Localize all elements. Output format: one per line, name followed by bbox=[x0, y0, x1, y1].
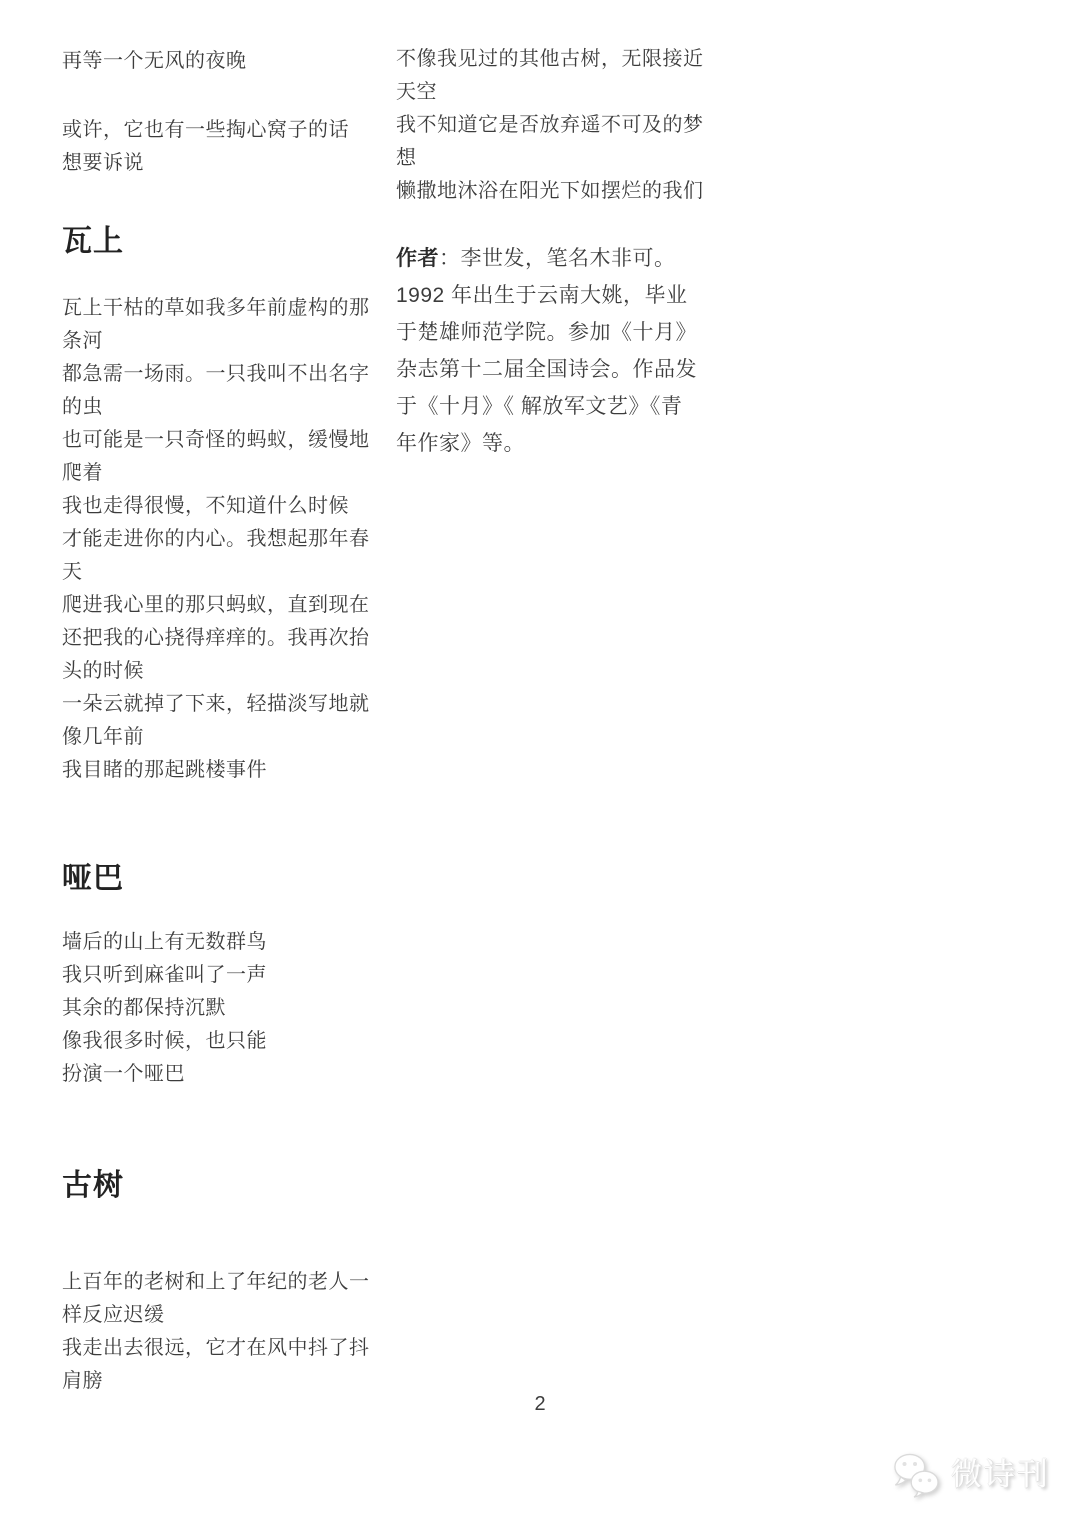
text-line: 像几年前 bbox=[62, 721, 368, 754]
text-line: 我也走得很慢，不知道什么时候 bbox=[62, 490, 368, 523]
text-line: 想 bbox=[396, 142, 702, 175]
text-line: 我不知道它是否放弃遥不可及的梦 bbox=[396, 109, 702, 142]
text-line: 瓦上干枯的草如我多年前虚构的那 bbox=[62, 292, 368, 325]
poem-title: 哑巴 bbox=[62, 859, 368, 899]
watermark: 微诗刊 bbox=[891, 1452, 1050, 1498]
text-line: 于《十月》《 解放军文艺》《青 bbox=[396, 388, 702, 425]
text-line: 我只听到麻雀叫了一声 bbox=[62, 959, 368, 992]
poem-stanza: 再等一个无风的夜晚 bbox=[62, 45, 368, 78]
poem-stanza: 上百年的老树和上了年纪的老人一样反应迟缓我走出去很远，它才在风中抖了抖肩膀 bbox=[62, 1266, 368, 1398]
author-label: 作者 bbox=[396, 247, 439, 270]
poem-stanza: 不像我见过的其他古树，无限接近天空我不知道它是否放弃遥不可及的梦想懒撒地沐浴在阳… bbox=[396, 43, 702, 208]
right-column: 不像我见过的其他古树，无限接近天空我不知道它是否放弃遥不可及的梦想懒撒地沐浴在阳… bbox=[396, 41, 702, 462]
text-line: 像我很多时候，也只能 bbox=[62, 1025, 368, 1058]
text-line: 于楚雄师范学院。参加《十月》 bbox=[396, 314, 702, 351]
poem-stanza: 墙后的山上有无数群鸟我只听到麻雀叫了一声其余的都保持沉默像我很多时候，也只能扮演… bbox=[62, 926, 368, 1091]
text-line: 我走出去很远，它才在风中抖了抖 bbox=[62, 1332, 368, 1365]
page-number: 2 bbox=[0, 1390, 1080, 1418]
poem-stanza: 瓦上干枯的草如我多年前虚构的那条河都急需一场雨。一只我叫不出名字的虫也可能是一只… bbox=[62, 292, 368, 787]
text-line: 天空 bbox=[396, 76, 702, 109]
text-line: 条河 bbox=[62, 325, 368, 358]
text-line: 或许，它也有一些掏心窝子的话 bbox=[62, 114, 368, 147]
text-line: 一朵云就掉了下来，轻描淡写地就 bbox=[62, 688, 368, 721]
text-line: 懒撒地沐浴在阳光下如摆烂的我们 bbox=[396, 175, 702, 208]
wechat-chat-bubbles-icon bbox=[891, 1452, 941, 1498]
left-column: 再等一个无风的夜晚或许，它也有一些掏心窝子的话想要诉说瓦上瓦上干枯的草如我多年前… bbox=[62, 41, 368, 1398]
text-line: 想要诉说 bbox=[62, 147, 368, 180]
text-line: 杂志第十二届全国诗会。作品发 bbox=[396, 351, 702, 388]
text-line: 天 bbox=[62, 556, 368, 589]
text-line: 作者：李世发，笔名木非可。 bbox=[396, 240, 702, 277]
text-line: 再等一个无风的夜晚 bbox=[62, 45, 368, 78]
text-line: 样反应迟缓 bbox=[62, 1299, 368, 1332]
document-page: 再等一个无风的夜晚或许，它也有一些掏心窝子的话想要诉说瓦上瓦上干枯的草如我多年前… bbox=[0, 0, 1080, 1527]
poem-stanza: 或许，它也有一些掏心窝子的话想要诉说 bbox=[62, 114, 368, 180]
author-bio: 作者：李世发，笔名木非可。1992 年出生于云南大姚，毕业于楚雄师范学院。参加《… bbox=[396, 240, 702, 462]
text-line: 1992 年出生于云南大姚，毕业 bbox=[396, 277, 702, 314]
text-line: 其余的都保持沉默 bbox=[62, 992, 368, 1025]
text-line: 头的时候 bbox=[62, 655, 368, 688]
text-line: 都急需一场雨。一只我叫不出名字 bbox=[62, 358, 368, 391]
text-line: 还把我的心挠得痒痒的。我再次抬 bbox=[62, 622, 368, 655]
poem-title: 古树 bbox=[62, 1166, 368, 1206]
text-line: 我目睹的那起跳楼事件 bbox=[62, 754, 368, 787]
poem-title: 瓦上 bbox=[62, 222, 368, 262]
text-line: 年作家》等。 bbox=[396, 425, 702, 462]
text-line: 的虫 bbox=[62, 391, 368, 424]
text-line: 扮演一个哑巴 bbox=[62, 1058, 368, 1091]
text-line: 爬着 bbox=[62, 457, 368, 490]
text-line: 才能走进你的内心。我想起那年春 bbox=[62, 523, 368, 556]
text-line: 爬进我心里的那只蚂蚁，直到现在 bbox=[62, 589, 368, 622]
text-line: 上百年的老树和上了年纪的老人一 bbox=[62, 1266, 368, 1299]
text-line: 墙后的山上有无数群鸟 bbox=[62, 926, 368, 959]
watermark-label: 微诗刊 bbox=[951, 1453, 1050, 1497]
text-line: 不像我见过的其他古树，无限接近 bbox=[396, 43, 702, 76]
text-line: 也可能是一只奇怪的蚂蚁，缓慢地 bbox=[62, 424, 368, 457]
